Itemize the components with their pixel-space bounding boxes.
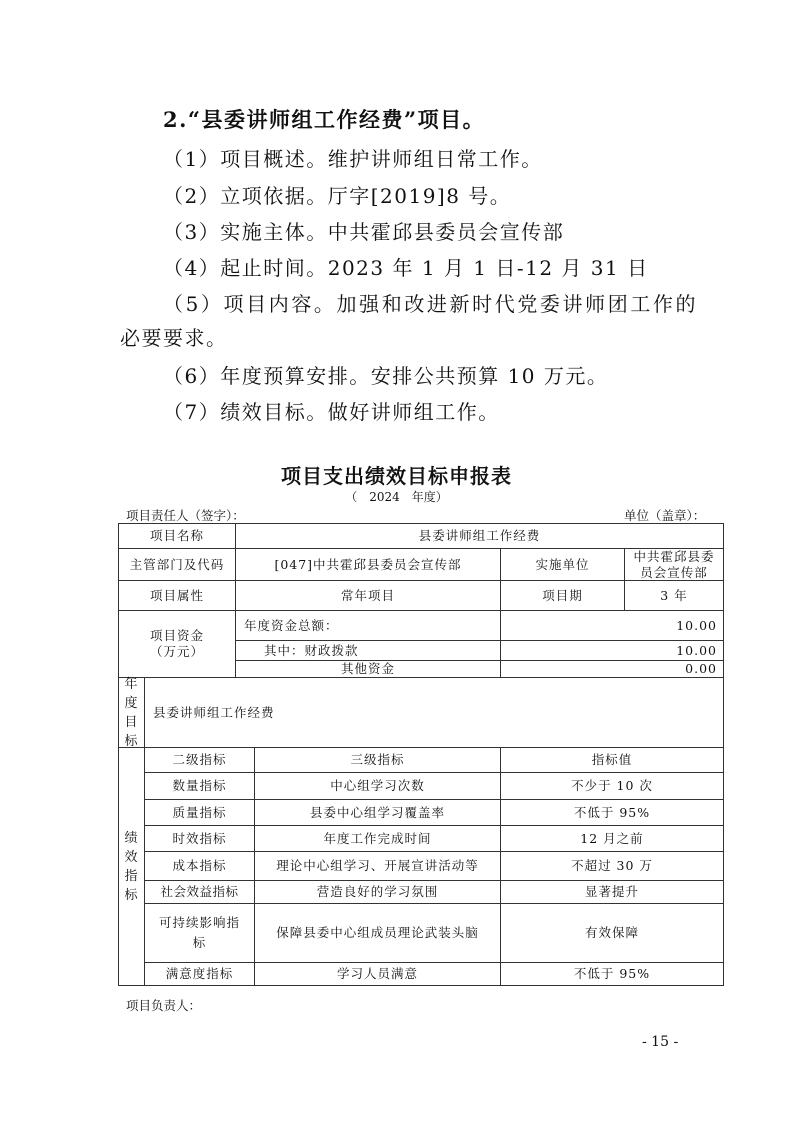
perf-row-5-l3: 营造良好的学习氛围 <box>254 880 501 904</box>
perf-row-1-value: 不少于 10 次 <box>500 772 724 800</box>
form-year: （ 2024 年度） <box>0 488 793 505</box>
perf-label: 绩效指标 <box>118 747 145 986</box>
perf-row-4-value: 不超过 30 万 <box>500 851 724 881</box>
perf-header-l3: 三级指标 <box>254 747 501 773</box>
project-name-label: 项目名称 <box>118 523 236 549</box>
perf-row-7-value: 不低于 95% <box>500 962 724 986</box>
funds-label: 项目资金（万元） <box>118 610 236 678</box>
attr-label: 项目属性 <box>118 580 236 611</box>
annual-goal-value: 县委讲师组工作经费 <box>144 677 724 748</box>
perf-row-3-value: 12 月之前 <box>500 825 724 852</box>
item-5: （5）项目内容。加强和改进新时代党委讲师团工作的 <box>163 288 698 317</box>
period-value: 3 年 <box>624 580 724 611</box>
dept-value: [047]中共霍邱县委员会宣传部 <box>235 548 501 581</box>
item-7: （7）绩效目标。做好讲师组工作。 <box>163 396 500 425</box>
unit-seal: 单位（盖章）： <box>624 506 705 524</box>
project-name-value: 县委讲师组工作经费 <box>235 523 724 549</box>
perf-row-7-l2: 满意度指标 <box>144 962 255 986</box>
funds-total-value: 10.00 <box>500 610 724 641</box>
project-lead: 项目负责人： <box>126 996 201 1014</box>
item-2: （2）立项依据。厅字[2019]8 号。 <box>163 180 511 209</box>
perf-row-6-value: 有效保障 <box>500 903 724 963</box>
dept-label: 主管部门及代码 <box>118 548 236 581</box>
form-title: 项目支出绩效目标申报表 <box>0 460 793 489</box>
perf-header-l2: 二级指标 <box>144 747 255 773</box>
perf-row-5-value: 显著提升 <box>500 880 724 904</box>
item-6: （6）年度预算安排。安排公共预算 10 万元。 <box>163 360 608 389</box>
perf-row-6-l3: 保障县委中心组成员理论武装头脑 <box>254 903 501 963</box>
item-3: （3）实施主体。中共霍邱县委员会宣传部 <box>163 216 564 245</box>
perf-row-3-l3: 年度工作完成时间 <box>254 825 501 852</box>
item-5-cont: 必要要求。 <box>120 322 228 351</box>
funds-fiscal-value: 10.00 <box>500 640 724 661</box>
impl-value: 中共霍邱县委员会宣传部 <box>624 548 724 581</box>
attr-value: 常年项目 <box>235 580 501 611</box>
perf-row-6-l2: 可持续影响指标 <box>144 903 255 963</box>
funds-other-label: 其他资金 <box>235 660 501 678</box>
item-4: （4）起止时间。2023 年 1 月 1 日-12 月 31 日 <box>163 252 649 281</box>
perf-row-7-l3: 学习人员满意 <box>254 962 501 986</box>
perf-row-1-l2: 数量指标 <box>144 772 255 800</box>
period-label: 项目期 <box>500 580 625 611</box>
annual-goal-label: 年度目标 <box>118 677 145 748</box>
perf-row-1-l3: 中心组学习次数 <box>254 772 501 800</box>
item-1: （1）项目概述。维护讲师组日常工作。 <box>163 143 543 172</box>
perf-header-value: 指标值 <box>500 747 724 773</box>
perf-row-4-l2: 成本指标 <box>144 851 255 881</box>
perf-row-3-l2: 时效指标 <box>144 825 255 852</box>
funds-total-label: 年度资金总额： <box>235 610 501 641</box>
funds-other-value: 0.00 <box>500 660 724 678</box>
section-heading: 2.“县委讲师组工作经费”项目。 <box>163 104 485 134</box>
page-number: - 15 - <box>642 1034 678 1050</box>
perf-row-4-l3: 理论中心组学习、开展宣讲活动等 <box>254 851 501 881</box>
impl-label: 实施单位 <box>500 548 625 581</box>
perf-row-2-value: 不低于 95% <box>500 799 724 826</box>
perf-row-5-l2: 社会效益指标 <box>144 880 255 904</box>
funds-fiscal-label: 其中：财政拨款 <box>235 640 501 661</box>
perf-row-2-l2: 质量指标 <box>144 799 255 826</box>
perf-row-2-l3: 县委中心组学习覆盖率 <box>254 799 501 826</box>
responsible-sign: 项目责任人（签字）： <box>126 506 245 524</box>
